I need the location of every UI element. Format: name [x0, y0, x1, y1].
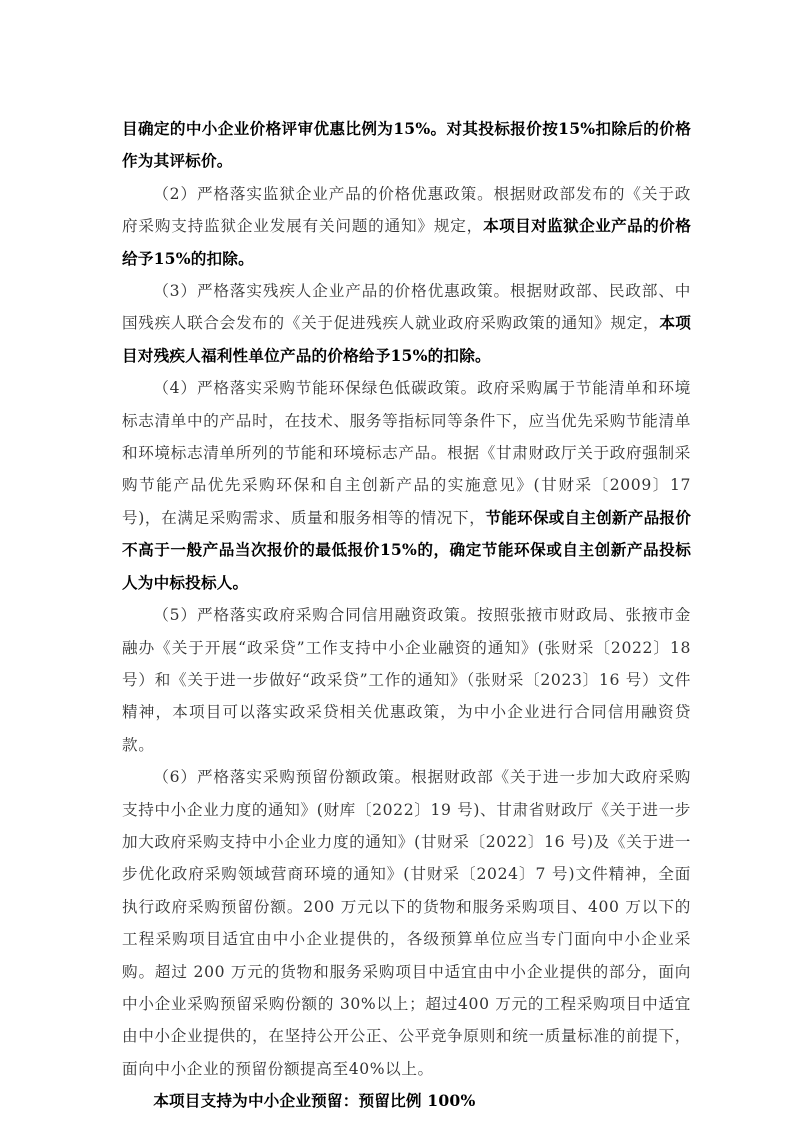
- paragraph-credit-financing-policy: （5）严格落实政府采购合同信用融资政策。按照张掖市财政局、张掖市金融办《关于开展…: [122, 599, 691, 761]
- paragraph-bold-text: 目确定的中小企业价格评审优惠比例为15%。对其投标报价按15%扣除后的价格作为其…: [122, 119, 691, 170]
- paragraph-prison-enterprise-policy: （2）严格落实监狱企业产品的价格优惠政策。根据财政部发布的《关于政府采购支持监狱…: [122, 178, 691, 275]
- paragraph-text: （6）严格落实采购预留份额政策。根据财政部《关于进一步加大政府采购支持中小企业力…: [122, 768, 691, 1078]
- paragraph-evaluation-discount: 目确定的中小企业价格评审优惠比例为15%。对其投标报价按15%扣除后的价格作为其…: [122, 113, 691, 178]
- paragraph-text: （3）严格落实残疾人企业产品的价格优惠政策。根据财政部、民政部、中国残疾人联合会…: [122, 282, 691, 332]
- paragraph-text: （4）严格落实采购节能环保绿色低碳政策。政府采购属于节能清单和环境标志清单中的产…: [122, 379, 691, 527]
- document-page: 目确定的中小企业价格评审优惠比例为15%。对其投标报价按15%扣除后的价格作为其…: [122, 113, 691, 1118]
- paragraph-text: （5）严格落实政府采购合同信用融资政策。按照张掖市财政局、张掖市金融办《关于开展…: [122, 606, 691, 754]
- paragraph-disabled-enterprise-policy: （3）严格落实残疾人企业产品的价格优惠政策。根据财政部、民政部、中国残疾人联合会…: [122, 275, 691, 372]
- reserved-ratio-statement: 本项目支持为中小企业预留：预留比例 100%: [122, 1085, 691, 1117]
- paragraph-reserved-share-policy: （6）严格落实采购预留份额政策。根据财政部《关于进一步加大政府采购支持中小企业力…: [122, 761, 691, 1085]
- paragraph-green-procurement-policy: （4）严格落实采购节能环保绿色低碳政策。政府采购属于节能清单和环境标志清单中的产…: [122, 372, 691, 599]
